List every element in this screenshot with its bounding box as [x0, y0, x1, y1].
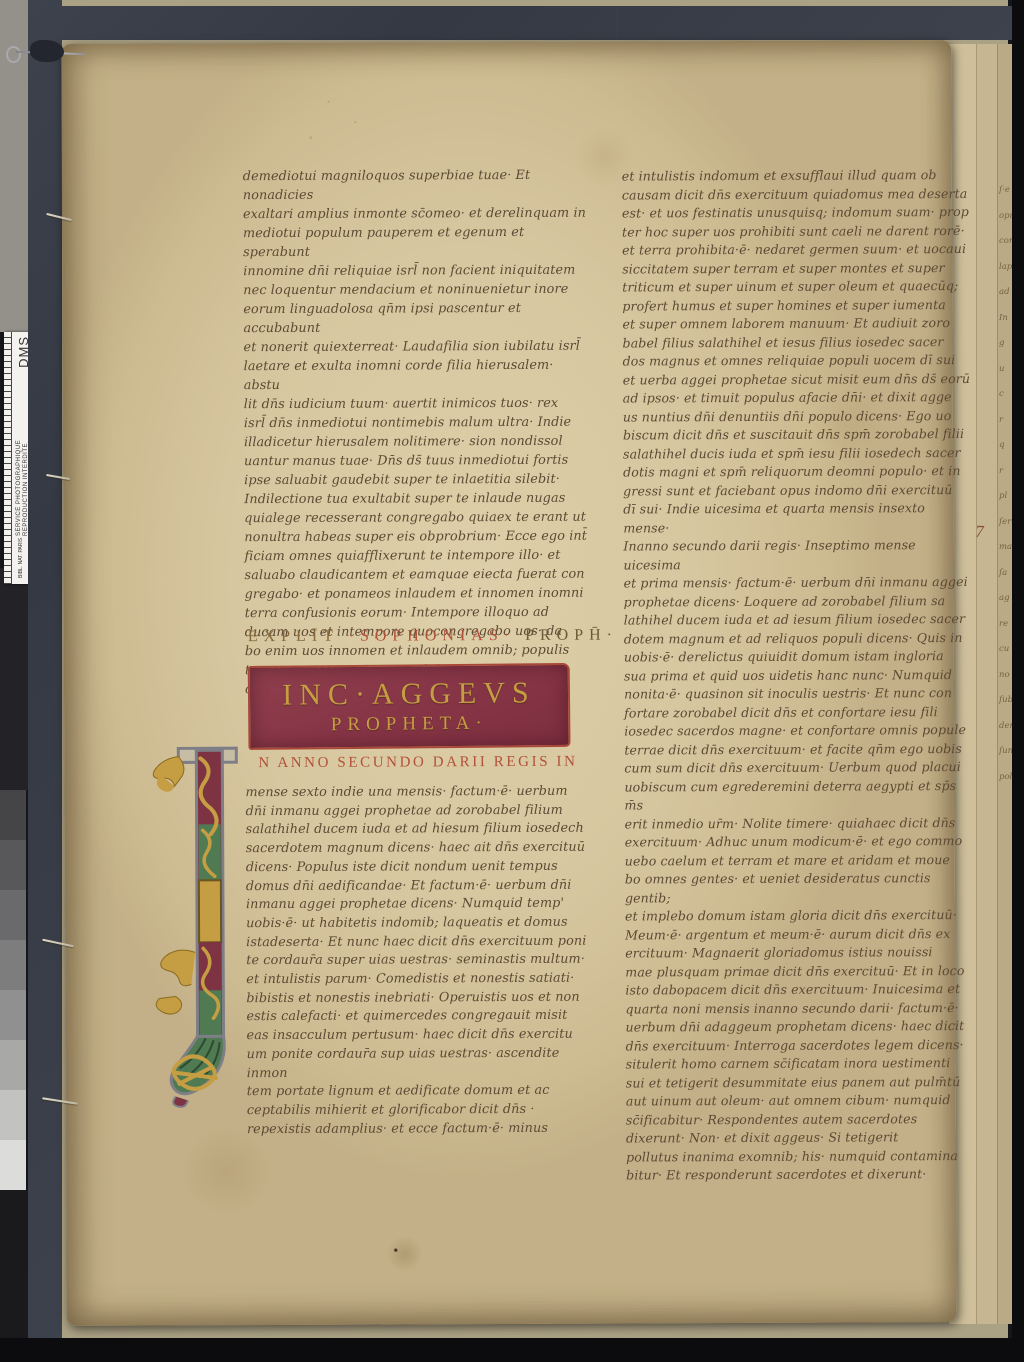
- label-service: SERVICE PHOTOGRAPHIQUE: [16, 440, 23, 536]
- calibration-swatch: [0, 1090, 26, 1140]
- backdrop-strip-left: [28, 0, 62, 1362]
- calibration-swatch: [0, 890, 26, 940]
- explicit-book-name: ·SOPHONIAS·: [349, 627, 516, 645]
- needle-shadow: [30, 40, 64, 62]
- binding-thread: [616, 10, 618, 40]
- text-column-right: et intulistis indomum et exsufflaui illu…: [622, 166, 974, 1185]
- label-bibliotheque: BIBL. NAT. PARIS: [18, 538, 24, 578]
- needle-loop: [6, 46, 21, 63]
- photograph-backdrop: DMS SERVICE PHOTOGRAPHIQUE REPRODUCTION …: [0, 0, 1024, 1362]
- fore-edge-pages: [976, 44, 998, 1324]
- incipit-banner: INC·AGGEVS PROPHETA·: [248, 663, 571, 750]
- backdrop-bottom: [0, 1338, 1024, 1362]
- explicit-word: EXPLĪT: [248, 628, 339, 645]
- ruler-ticks: [4, 332, 12, 584]
- calibration-swatch: [0, 990, 26, 1040]
- decorated-initial-I: [148, 706, 260, 1108]
- calibration-swatch: [0, 840, 26, 890]
- calibration-swatch: [0, 940, 26, 990]
- calibration-swatch: [0, 790, 26, 840]
- calibration-dark-area: [0, 568, 28, 790]
- explicit-line: EXPLĪT ·SOPHONIAS· PROPH̄·: [248, 627, 578, 646]
- calibration-bottom-area: [0, 1190, 28, 1362]
- grayscale-calibration-bar: [0, 790, 26, 1190]
- calibration-swatch: [0, 1040, 26, 1090]
- calibration-swatch: [0, 1140, 26, 1190]
- chapter-opening-line: N ANNO SECUNDO DARII REGIS IN: [258, 753, 658, 772]
- text-column-left-lower: mense sexto indie una mensis· factum·ē· …: [245, 783, 597, 1140]
- explicit-abbrev: PROPH̄·: [525, 627, 618, 644]
- backdrop-strip-top: [28, 6, 1012, 40]
- text-column-left-upper: demediotui magniloquos superbiae tuae· E…: [243, 166, 590, 700]
- manuscript-page: demediotui magniloquos superbiae tuae· E…: [61, 40, 957, 1326]
- incipit-subtitle: PROPHETA·: [331, 713, 488, 737]
- backdrop-right: [1012, 0, 1024, 1362]
- incipit-title: INC·AGGEVS: [282, 676, 536, 712]
